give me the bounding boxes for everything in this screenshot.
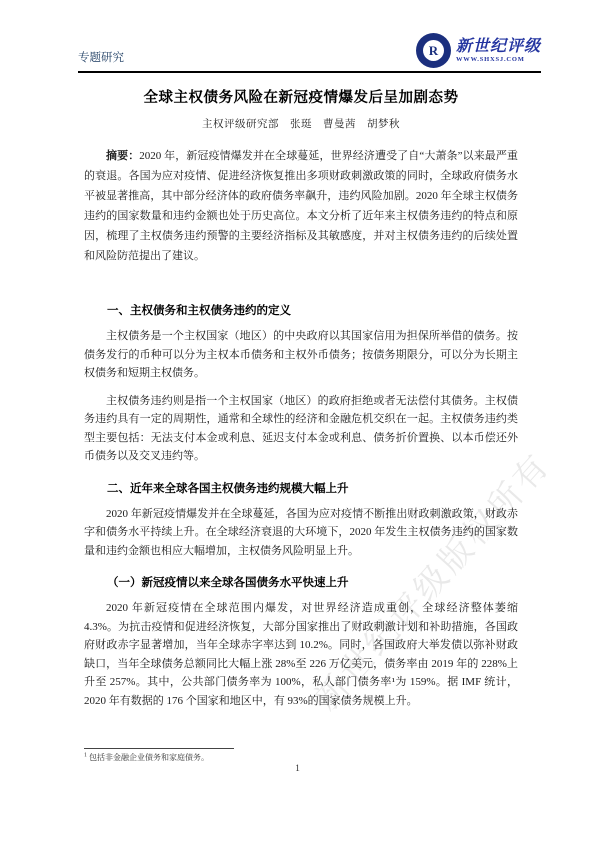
footnote-divider <box>84 748 234 749</box>
abstract-label: 摘要： <box>106 150 139 162</box>
header-divider <box>78 71 541 73</box>
section-1-paragraph-2: 主权债务违约则是指一个主权国家（地区）的政府拒绝或者无法偿付其债务。主权债务违约… <box>84 392 518 466</box>
brand-website: WWW.SHXSJ.COM <box>456 56 525 64</box>
brand-logo-text: 新世纪评级 WWW.SHXSJ.COM <box>456 38 541 64</box>
footnote: 1 包括非金融企业债务和家庭债务。 <box>84 752 518 763</box>
section-1-heading: 一、主权债务和主权债务违约的定义 <box>84 302 518 318</box>
page-header: 专题研究 R 新世纪评级 WWW.SHXSJ.COM <box>78 33 541 68</box>
logo-emblem: R <box>416 33 451 68</box>
footnote-area: 1 包括非金融企业债务和家庭债务。 <box>84 748 518 763</box>
footnote-marker: 1 <box>84 752 87 758</box>
section-2-paragraph-1: 2020 年新冠疫情爆发并在全球蔓延，各国为应对疫情不断推出财政刺激政策，财政赤… <box>84 505 518 561</box>
section-2-subheading: （一）新冠疫情以来全球各国债务水平快速上升 <box>84 574 518 590</box>
page-number: 1 <box>0 764 595 774</box>
brand-logo-icon: R <box>416 33 451 68</box>
authors-line: 主权评级研究部 张珽 曹曼茜 胡梦秋 <box>84 116 518 131</box>
footnote-text: 包括非金融企业债务和家庭债务。 <box>89 753 209 762</box>
brand-logo: R 新世纪评级 WWW.SHXSJ.COM <box>416 33 541 68</box>
abstract-paragraph: 摘要：2020 年，新冠疫情爆发并在全球蔓延，世界经济遭受了自“大萧条”以来最严… <box>84 146 518 266</box>
abstract-text: 2020 年，新冠疫情爆发并在全球蔓延，世界经济遭受了自“大萧条”以来最严重的衰… <box>84 150 518 262</box>
section-1-paragraph-1: 主权债务是一个主权国家（地区）的中央政府以其国家信用为担保所举借的债务。按债务发… <box>84 327 518 383</box>
document-content: 全球主权债务风险在新冠疫情爆发后呈加剧态势 主权评级研究部 张珽 曹曼茜 胡梦秋… <box>84 86 518 710</box>
brand-name: 新世纪评级 <box>456 38 541 56</box>
document-title: 全球主权债务风险在新冠疫情爆发后呈加剧态势 <box>84 86 518 107</box>
section-2-subparagraph-1: 2020 年新冠疫情在全球范围内爆发，对世界经济造成重创，全球经济整体萎缩 4.… <box>84 599 518 710</box>
section-2-heading: 二、近年来全球各国主权债务违约规模大幅上升 <box>84 480 518 496</box>
document-page: 新世纪评级版权所有 专题研究 R 新世纪评级 WWW.SHXSJ.COM 全球主… <box>0 0 595 841</box>
report-category-label: 专题研究 <box>78 49 124 68</box>
